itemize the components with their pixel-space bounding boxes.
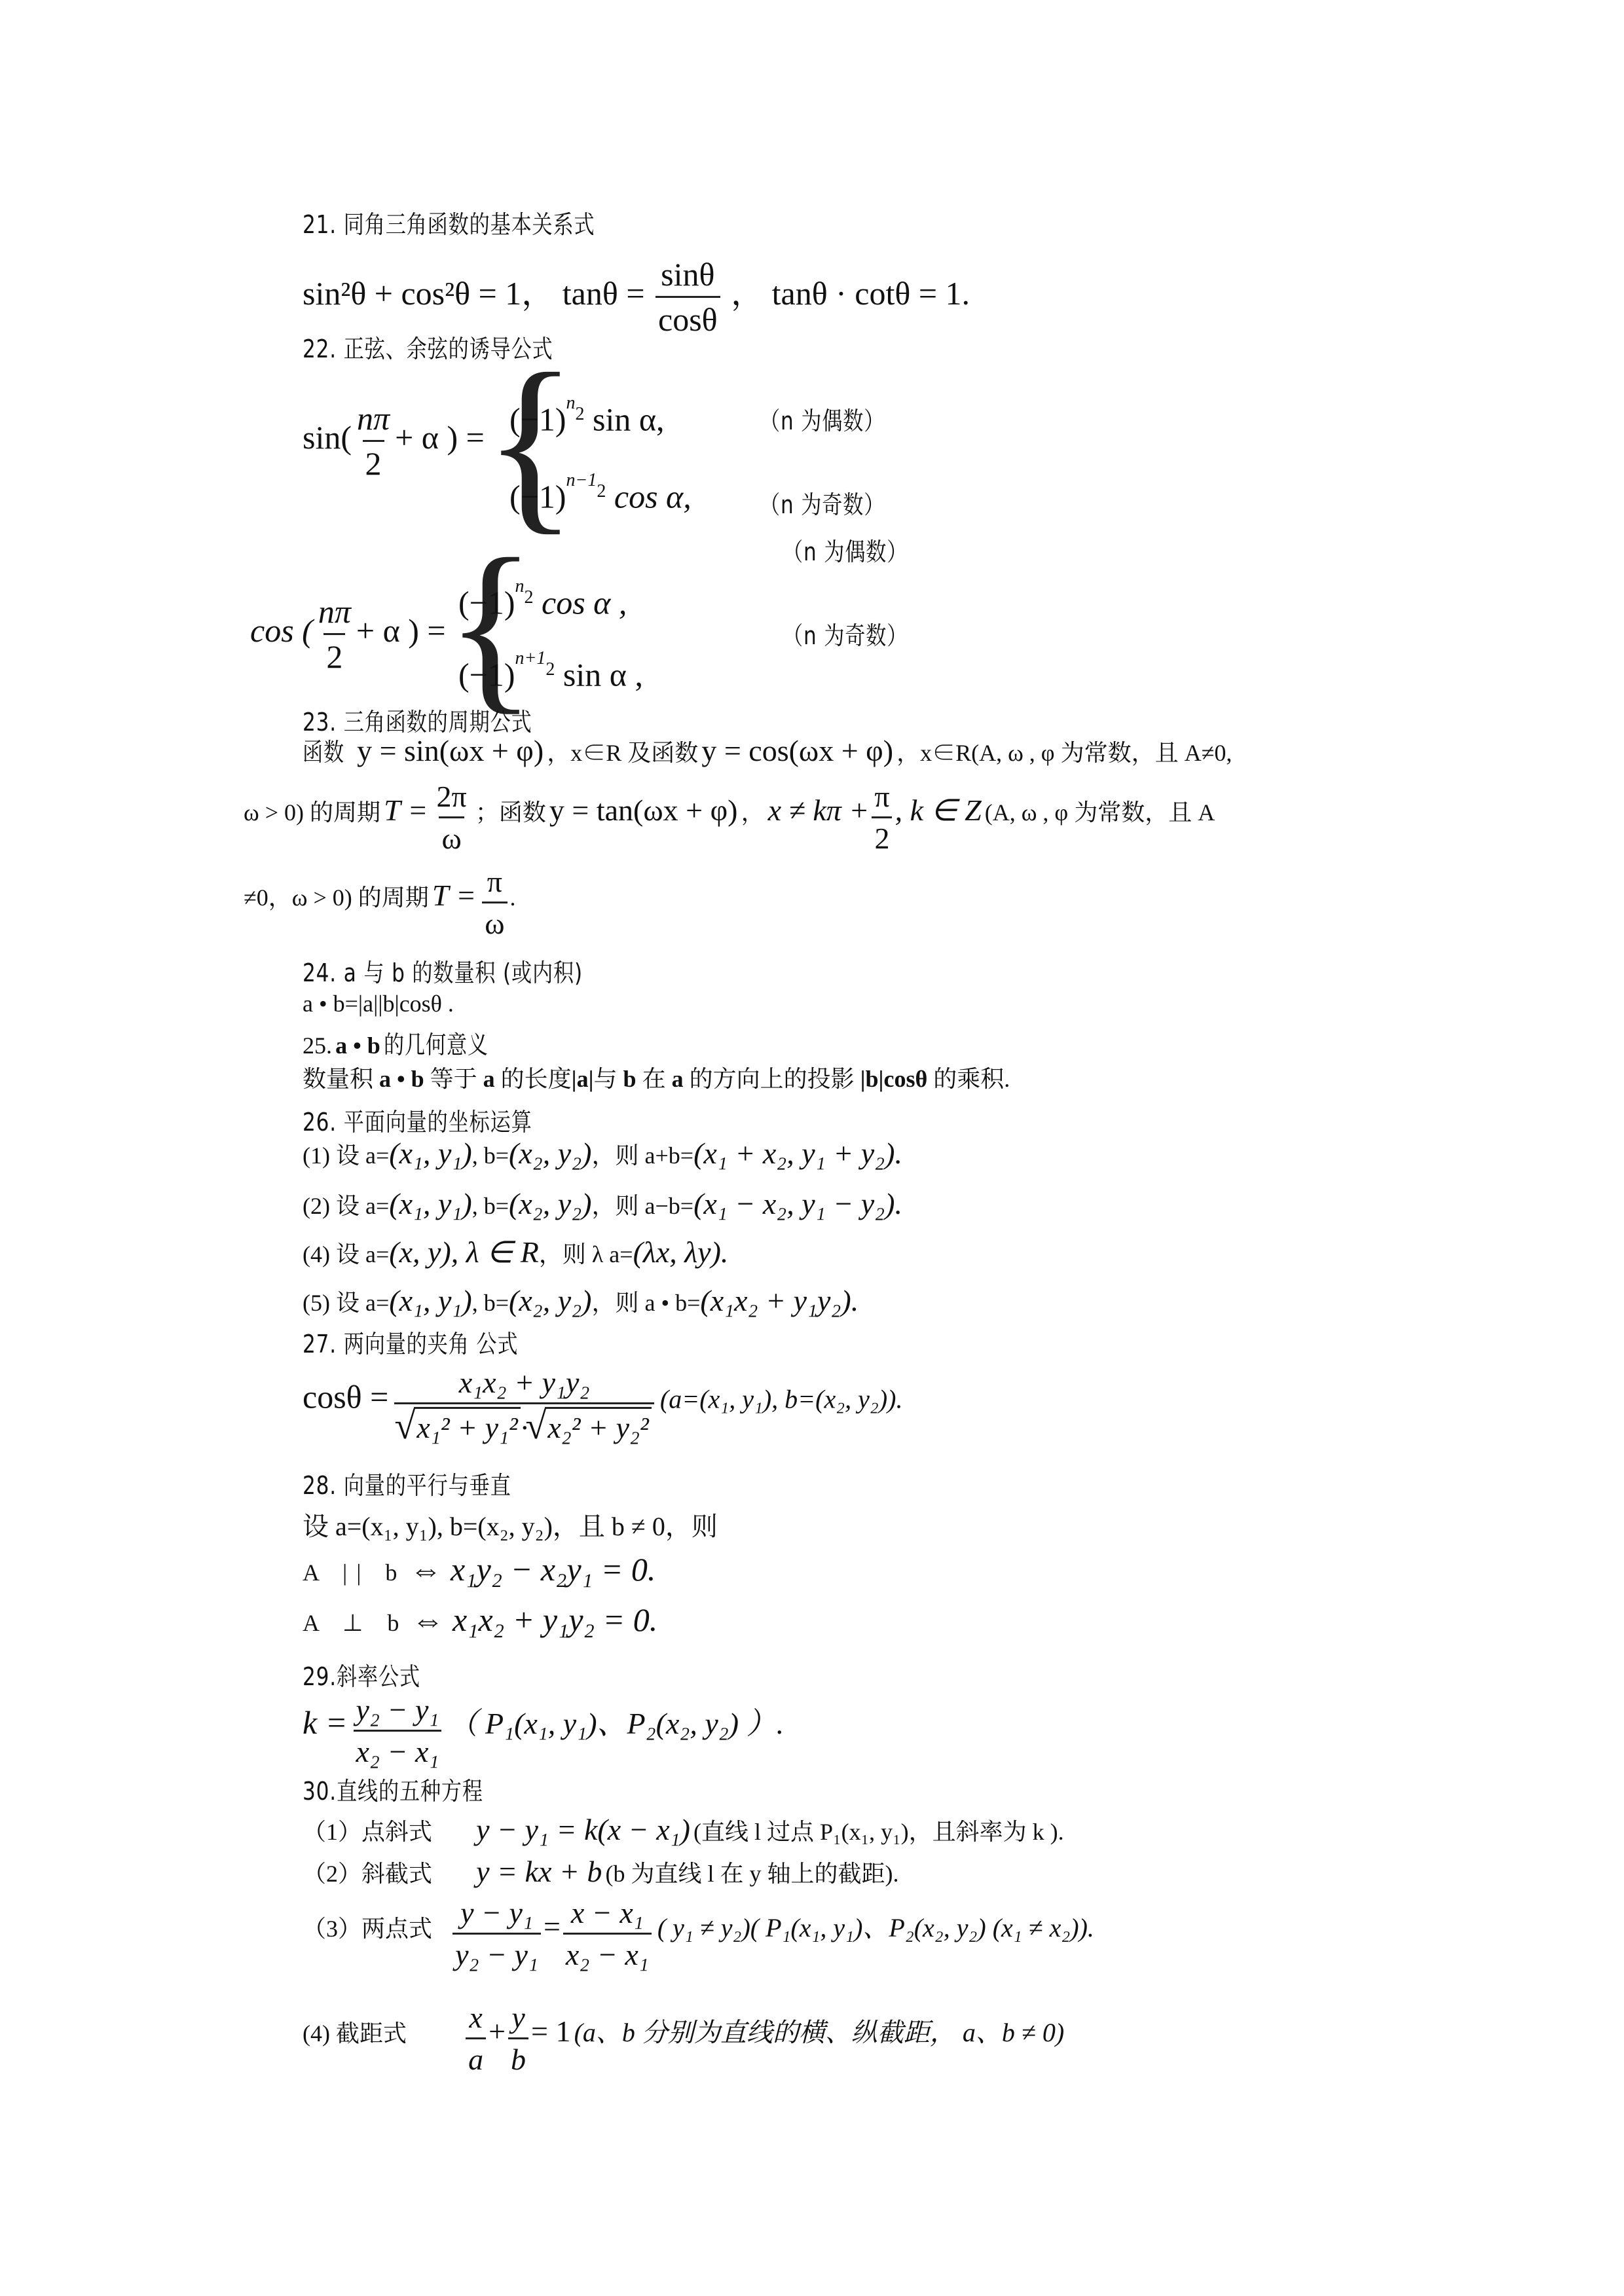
frac-den: 2 xyxy=(323,633,345,676)
vector-op-1: (1) 设 a=(x₁, y₁), b=(x₂, y₂)，则 a+b=(x₁ +… xyxy=(303,1136,902,1171)
case-tail: sin α , xyxy=(563,657,643,693)
frac-num: x xyxy=(466,2000,485,2037)
cos-cond-even: （n 为偶数） xyxy=(783,532,908,568)
heading-25: 25. a • b 的几何意义 xyxy=(303,1025,511,1061)
bold: a • b xyxy=(335,1032,380,1059)
sqrt-1: x₁² + y₁² xyxy=(414,1407,520,1445)
vector-op-5: (5) 设 a=(x₁, y₁), b=(x₂, y₂)，则 a • b=(x₁… xyxy=(303,1283,858,1318)
heading-30: 30.直线的五种方程 xyxy=(303,1771,483,1807)
sin-case-even: (−1)n2 sin α, xyxy=(509,393,665,439)
cos-case-even: (−1)n2 cos α , xyxy=(458,576,627,622)
cos-fn: cos ( xyxy=(250,612,313,649)
given: 设 a=(x₁, y₁), b=(x₂, y₂)，且 b ≠ 0，则 xyxy=(303,1506,718,1543)
slope-formula: k = y₂ − y₁x₂ − x₁ （ P₁(x₁, y₁)、P₂(x₂, y… xyxy=(303,1692,784,1769)
cos-arg-fraction: nπ2 xyxy=(316,592,354,676)
frac-den: 2 xyxy=(363,440,384,483)
period-line-1: 函数 y = sin(ωx + φ) ，x∈R 及函数 y = cos(ωx +… xyxy=(303,732,1232,768)
x-over-a: xa xyxy=(466,2000,486,2077)
label: （2）斜截式 xyxy=(303,1855,473,1889)
cond: (a=(x₁, y₁), b=(x₂, y₂)). xyxy=(660,1385,903,1414)
frac-den: x₂ − x₁ xyxy=(563,1933,652,1972)
slope-fraction: y₂ − y₁x₂ − x₁ xyxy=(354,1692,442,1769)
v: (x₁, y₁) xyxy=(389,1137,471,1170)
period-line-3: ≠0，ω > 0) 的周期 T = πω. xyxy=(244,864,516,941)
sin-rest: + α ) = xyxy=(395,419,485,456)
text: ；函数 xyxy=(475,799,546,826)
note: (a、b 分别为直线的横、纵截距， a、b ≠ 0) xyxy=(574,2018,1065,2047)
plus: + xyxy=(489,2014,506,2048)
text: ≠0，ω > 0) 的周期 xyxy=(244,884,429,911)
period-fraction: 2πω xyxy=(434,779,469,856)
note: (b 为直线 l 在 y 轴上的截距). xyxy=(606,1861,899,1887)
vector-op-2: (2) 设 a=(x₁, y₁), b=(x₂, y₂)，则 a−b=(x₁ −… xyxy=(303,1186,902,1221)
lhs: A ⊥ b xyxy=(303,1610,408,1636)
v: (x, y), λ ∈ R xyxy=(389,1235,539,1269)
y-over-b: yb xyxy=(508,2000,528,2077)
label: （1）点斜式 xyxy=(303,1813,473,1847)
frac-num: π xyxy=(485,864,505,902)
frac-num: nπ xyxy=(316,592,354,633)
text: ，x∈R 及函数 xyxy=(547,740,698,766)
cos-cond-odd: （n 为奇数） xyxy=(783,615,908,651)
frac-den: x₂ − x₁ xyxy=(354,1730,442,1769)
b: a xyxy=(483,1066,495,1092)
sin-case-odd: (−1)n−12 cos α, xyxy=(509,470,692,516)
exp-num: n−1 xyxy=(566,470,597,490)
text: 函数 xyxy=(303,732,344,768)
frac-den: x₁² + y₁²·x₂² + y₂² xyxy=(394,1402,654,1445)
t: 等于 xyxy=(430,1066,477,1092)
l: (4) 设 a= xyxy=(303,1241,389,1267)
rhs-fraction: x − x₁x₂ − x₁ xyxy=(563,1895,652,1972)
eq: = xyxy=(544,1910,561,1943)
k-in-z: , k ∈ Z xyxy=(895,793,982,827)
r: (x₁x₂ + y₁y₂). xyxy=(700,1284,858,1317)
frac-den: ω xyxy=(439,816,464,856)
tan-denominator: cosθ xyxy=(655,296,720,338)
exp-den: 2 xyxy=(597,481,606,501)
vector-op-4: (4) 设 a=(x, y), λ ∈ R，则 λ a=(λx, λy). xyxy=(303,1234,728,1269)
heading-26: 26. 平面向量的坐标运算 xyxy=(303,1102,532,1138)
exp-den: 2 xyxy=(525,587,534,608)
line-eq-4: (4) 截距式 xa+yb= 1 (a、b 分别为直线的横、纵截距， a、b ≠… xyxy=(303,2000,1064,2077)
t: 与 xyxy=(594,1066,618,1092)
frac-den: a xyxy=(466,2037,486,2077)
formula-21: sin²θ + cos²θ = 1， tanθ = sinθ cosθ ， ta… xyxy=(303,255,970,338)
heading-28: 28. 向量的平行与垂直 xyxy=(303,1465,511,1501)
r: (x₁ − x₂, y₁ − y₂). xyxy=(693,1187,902,1220)
case-tail: sin α, xyxy=(593,401,665,438)
sin-induction-lhs: sin(nπ2+ α ) = xyxy=(303,399,485,483)
angle-fraction: x₁x₂ + y₁y₂ x₁² + y₁²·x₂² + y₂² xyxy=(394,1365,654,1445)
label: (4) 截距式 xyxy=(303,2015,460,2049)
t: 在 xyxy=(642,1066,666,1092)
l: ，则 λ a= xyxy=(539,1241,633,1267)
pi-half-fraction: π2 xyxy=(872,779,892,856)
period-T: T = xyxy=(384,793,428,827)
exp-den: 2 xyxy=(576,404,585,424)
frac-num: y₂ − y₁ xyxy=(354,1692,442,1730)
frac-num: y − y₁ xyxy=(458,1895,536,1933)
lhs: A || b xyxy=(303,1559,406,1586)
case-base: (−1) xyxy=(458,585,515,621)
tan-cot-identity: tanθ · cotθ = 1. xyxy=(772,275,970,312)
tan-numerator: sinθ xyxy=(658,255,717,296)
l: , b= xyxy=(472,1290,509,1316)
text: (A, ω , φ 为常数，且 A xyxy=(985,799,1215,826)
period-fraction: πω xyxy=(482,864,507,941)
v: (x₂, y₂) xyxy=(509,1284,591,1317)
num: 25. xyxy=(303,1032,332,1059)
l: ，则 a+b= xyxy=(592,1142,694,1169)
heading-29: 29.斜率公式 xyxy=(303,1656,420,1692)
r: (λx, λy). xyxy=(633,1235,729,1269)
tan-function: y = tan(ωx + φ) xyxy=(549,793,738,827)
frac-den: 2 xyxy=(872,816,892,856)
tan-fraction: sinθ cosθ xyxy=(655,255,720,338)
angle-formula: cosθ = x₁x₂ + y₁y₂ x₁² + y₁²·x₂² + y₂² (… xyxy=(303,1365,902,1445)
cond: （ P₁(x₁, y₁)、P₂(x₂, y₂) ）. xyxy=(447,1707,784,1740)
separator: ， xyxy=(731,275,764,312)
eq: y = kx + b xyxy=(476,1855,602,1888)
rhs: ⇔ x₁y₂ − x₂y₁ = 0. xyxy=(410,1551,656,1588)
frac-num: nπ xyxy=(354,399,392,440)
perpendicular-condition: A ⊥ b ⇔ x₁x₂ + y₁y₂ = 0. xyxy=(303,1601,657,1639)
pythagorean-identity: sin²θ + cos²θ = 1， xyxy=(303,275,554,312)
note: (直线 l 过点 P₁(x₁, y₁)，且斜率为 k ). xyxy=(693,1819,1064,1845)
l: , b= xyxy=(472,1142,509,1169)
b: |b|cosθ xyxy=(860,1066,928,1092)
lhs: cosθ = xyxy=(303,1379,388,1415)
period-T: T = xyxy=(432,879,476,912)
t: 数量积 xyxy=(303,1066,373,1092)
dot-product-formula: a • b=|a||b|cosθ . xyxy=(303,990,454,1017)
v: (x₁, y₁) xyxy=(389,1284,471,1317)
b: a • b xyxy=(379,1066,424,1092)
line-eq-2: （2）斜截式 y = kx + b (b 为直线 l 在 y 轴上的截距). xyxy=(303,1854,899,1889)
lhs: k = xyxy=(303,1704,347,1741)
cond-even: （n 为偶数） xyxy=(760,401,885,437)
case-tail: cos α, xyxy=(614,479,692,515)
b: |a| xyxy=(572,1066,594,1092)
v: (x₁, y₁) xyxy=(389,1187,471,1220)
v: (x₂, y₂) xyxy=(509,1187,591,1220)
l: ，则 a • b= xyxy=(592,1290,701,1316)
case-tail: cos α , xyxy=(542,585,627,621)
note: ( y₁ ≠ y₂)( P₁(x₁, y₁)、P₂(x₂, y₂) (x₁ ≠ … xyxy=(657,1913,1094,1942)
case-base: (−1) xyxy=(509,479,566,515)
cos-function: y = cos(ωx + φ) xyxy=(701,734,893,767)
t: 的方向上的投影 xyxy=(690,1066,855,1092)
cos-rest: + α ) = xyxy=(356,612,446,649)
heading-27: 27. 两向量的夹角 公式 xyxy=(303,1324,518,1360)
v: (x₂, y₂) xyxy=(509,1137,591,1170)
cond-odd: （n 为奇数） xyxy=(760,484,885,520)
l: (5) 设 a= xyxy=(303,1290,389,1316)
frac-num: x − x₁ xyxy=(568,1895,646,1933)
cos-induction-lhs: cos (nπ2+ α ) = xyxy=(250,592,446,676)
case-base: (−1) xyxy=(458,657,515,693)
sin-fn: sin( xyxy=(303,419,352,456)
l: , b= xyxy=(472,1193,509,1219)
l: (1) 设 a= xyxy=(303,1142,389,1169)
line-eq-1: （1）点斜式 y − y₁ = k(x − x₁) (直线 l 过点 P₁(x₁… xyxy=(303,1812,1064,1847)
frac-num: π xyxy=(872,779,892,816)
sin-function: y = sin(ωx + φ) xyxy=(357,734,544,767)
frac-den: y₂ − y₁ xyxy=(452,1933,541,1972)
text: ， xyxy=(741,799,765,826)
frac-den: ω xyxy=(482,902,507,941)
case-base: (−1) xyxy=(509,401,566,438)
line-eq-3: （3）两点式 y − y₁y₂ − y₁=x − x₁x₂ − x₁ ( y₁ … xyxy=(303,1895,1094,1972)
exp-den: 2 xyxy=(545,659,555,680)
frac-num: 2π xyxy=(434,779,469,816)
text: ，x∈R(A, ω , φ 为常数，且 A≠0, xyxy=(896,740,1232,766)
l: (2) 设 a= xyxy=(303,1193,389,1219)
period: . xyxy=(510,884,516,911)
rhs: ⇔ x₁x₂ + y₁y₂ = 0. xyxy=(411,1601,657,1638)
frac-num: y xyxy=(509,2000,527,2037)
frac-num: x₁x₂ + y₁y₂ xyxy=(456,1365,593,1402)
domain-cond: x ≠ kπ + xyxy=(768,793,870,827)
eq: = 1 xyxy=(531,2014,570,2048)
exp-num: n xyxy=(515,576,525,596)
text: ω > 0) 的周期 xyxy=(244,799,380,826)
label: （3）两点式 xyxy=(303,1910,447,1944)
lhs-fraction: y − y₁y₂ − y₁ xyxy=(452,1895,541,1972)
l: ，则 a−b= xyxy=(592,1193,694,1219)
heading-24: 24. a 与 b 的数量积 (或内积) xyxy=(303,953,583,989)
t: 的长度 xyxy=(501,1066,572,1092)
geometric-meaning: 数量积 a • b 等于 a 的长度|a|与 b 在 a 的方向上的投影 |b|… xyxy=(303,1061,1010,1094)
tan-lhs: tanθ = xyxy=(563,275,645,312)
r: (x₁ + x₂, y₁ + y₂). xyxy=(693,1137,902,1170)
heading-21: 21. 同角三角函数的基本关系式 xyxy=(303,204,595,240)
frac-den: b xyxy=(508,2037,528,2077)
eq: y − y₁ = k(x − x₁) xyxy=(476,1813,690,1846)
period-line-2: ω > 0) 的周期 T = 2πω ；函数 y = tan(ωx + φ) ，… xyxy=(244,779,1215,856)
parallel-condition: A || b ⇔ x₁y₂ − x₂y₁ = 0. xyxy=(303,1550,655,1588)
exp-num: n+1 xyxy=(515,648,546,668)
cos-case-odd: (−1)n+12 sin α , xyxy=(458,648,643,694)
b: b xyxy=(623,1066,637,1092)
exp-num: n xyxy=(566,393,576,413)
sqrt-2: x₂² + y₂² xyxy=(545,1407,651,1445)
b: a xyxy=(672,1066,684,1092)
text: 的几何意义 xyxy=(384,1025,489,1061)
t: 的乘积. xyxy=(933,1066,1010,1092)
sin-arg-fraction: nπ2 xyxy=(354,399,392,483)
